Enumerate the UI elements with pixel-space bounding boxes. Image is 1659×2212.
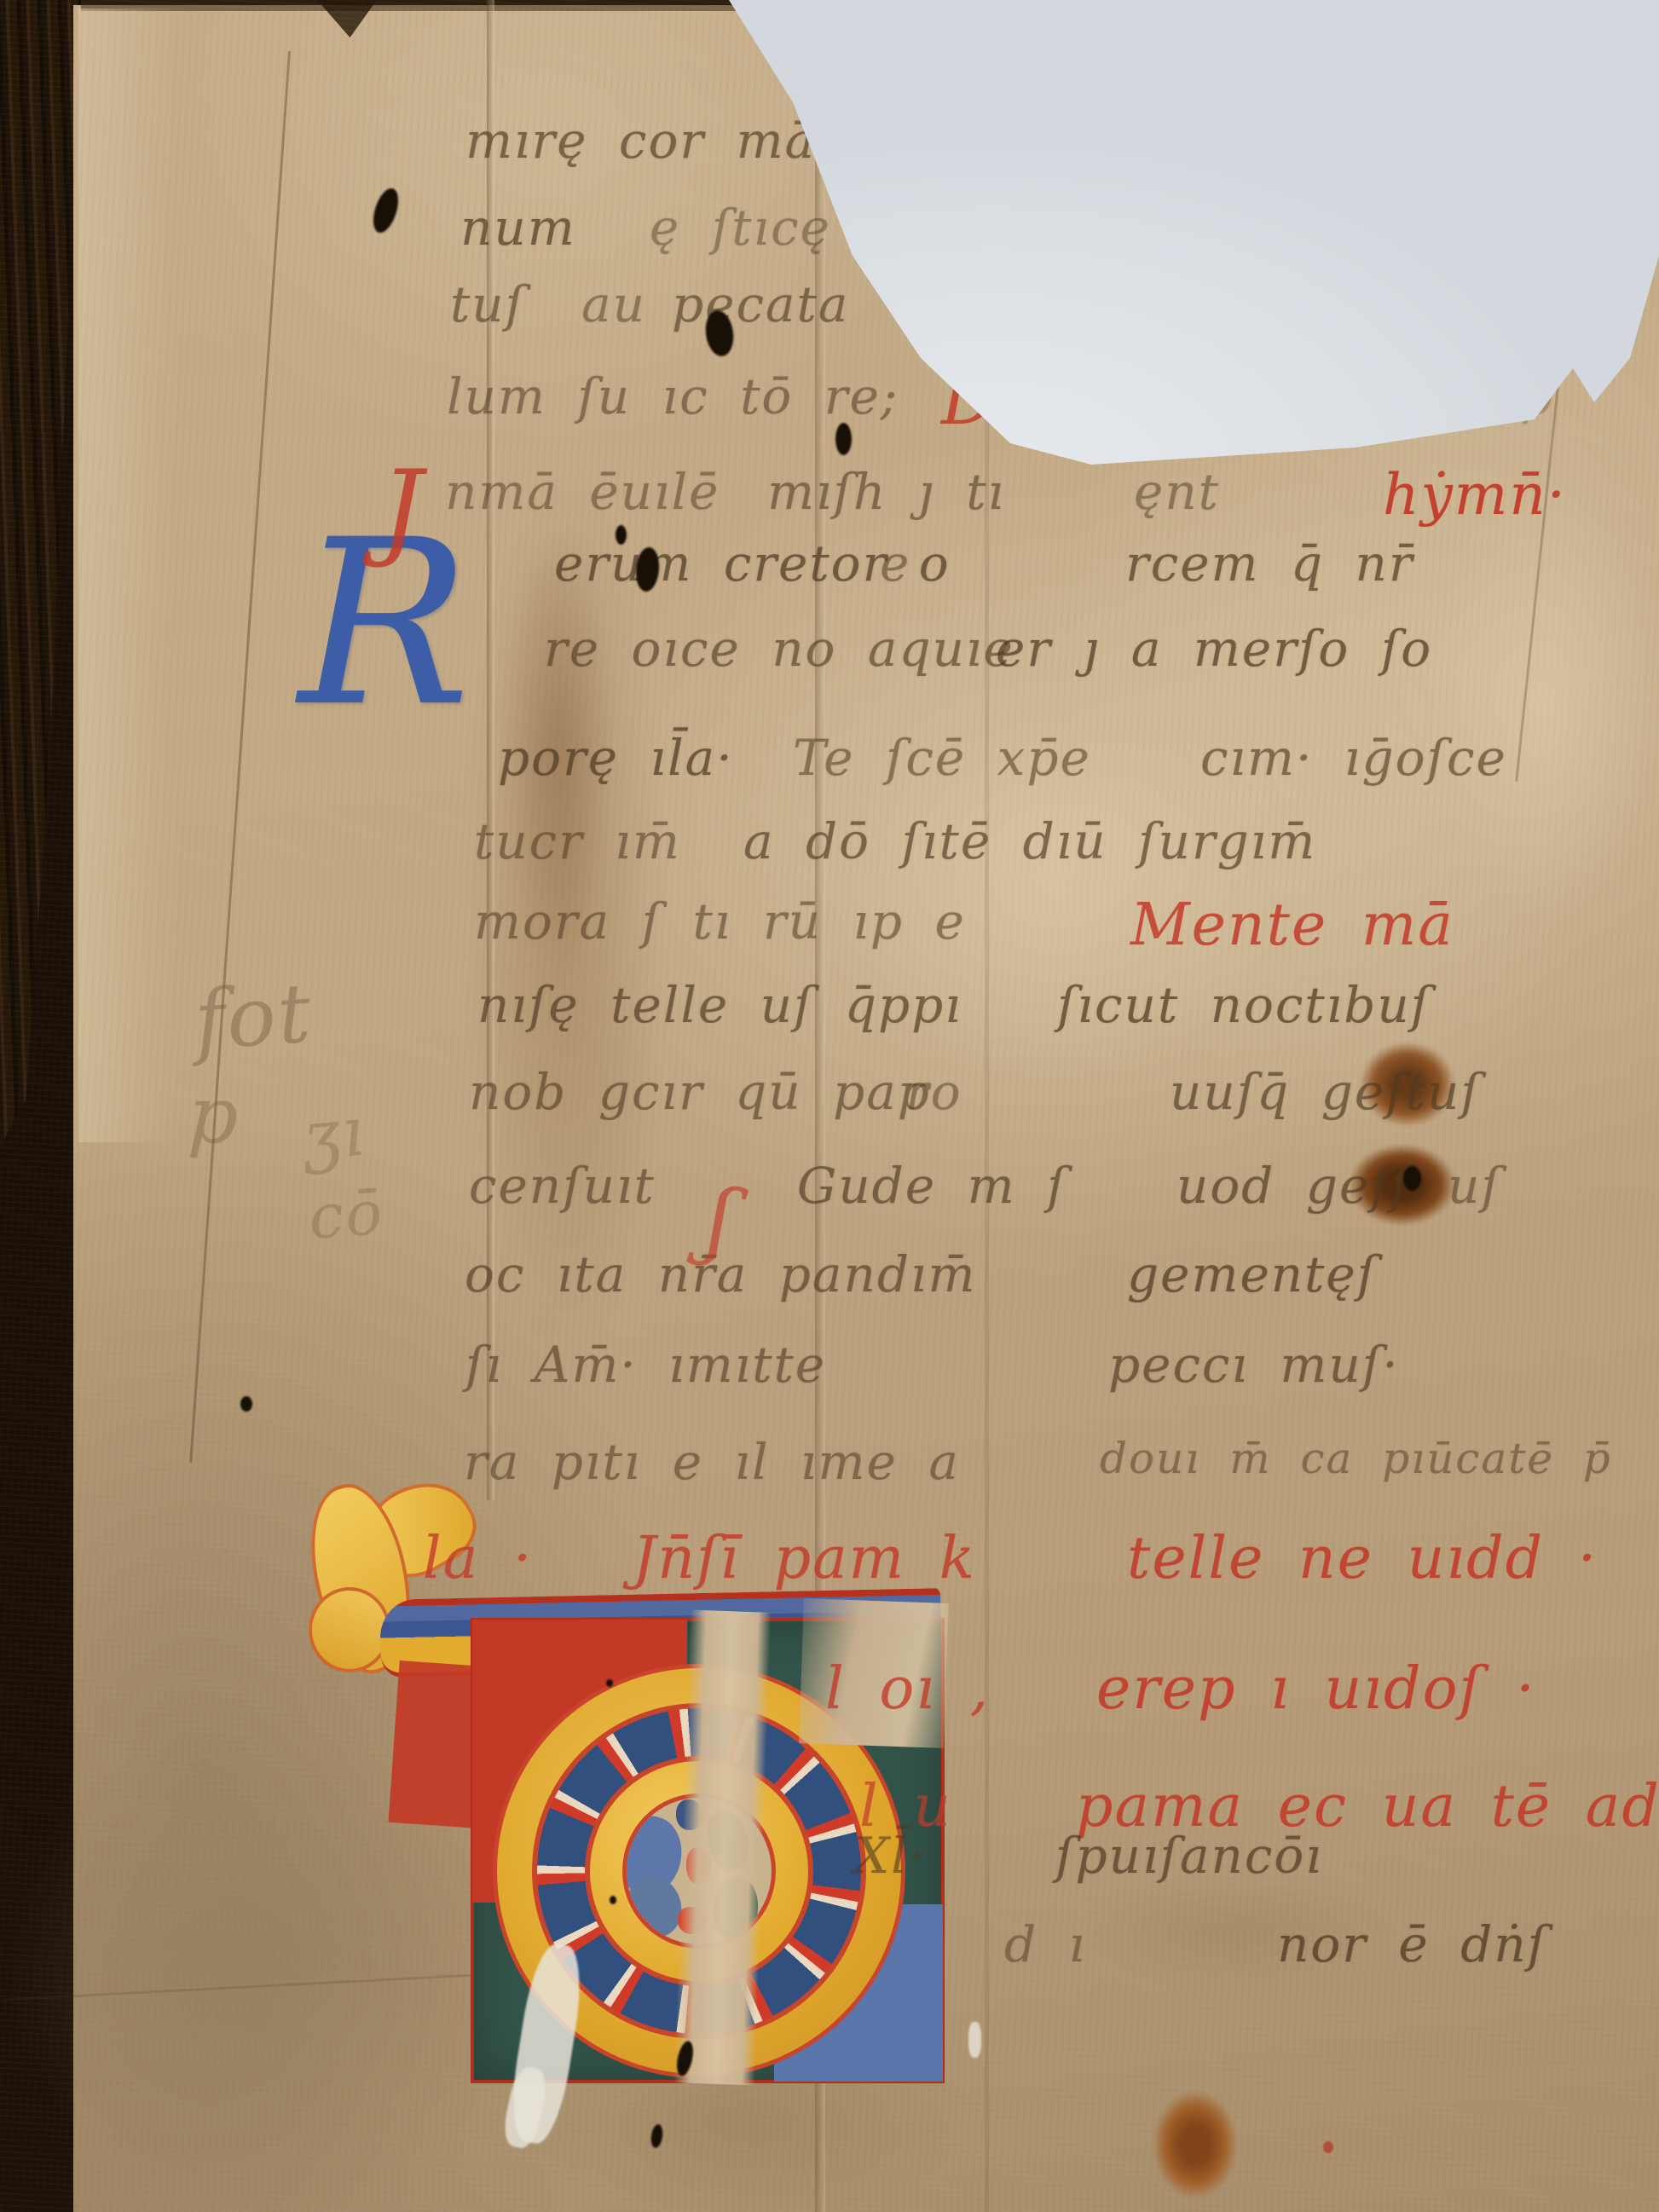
text-line-segment: re oıce no aquıe — [544, 624, 1014, 673]
text-line-segment: cenſuıt — [469, 1161, 656, 1210]
pin-hole — [610, 1896, 616, 1904]
red-speck — [1323, 2141, 1333, 2153]
text-line-segment: uſ — [1448, 1161, 1501, 1210]
text-line-segment: er ȷ a merſo ſo — [996, 624, 1432, 673]
bottom-stain-blob — [1153, 2090, 1238, 2199]
worm-hole — [835, 423, 852, 455]
text-line-segment: Jn̄ſı̄ pam k — [633, 1530, 976, 1588]
text-line-segment: mıſh ȷ tı — [767, 467, 1005, 517]
text-line-segment: cım· ıḡoſce — [1200, 733, 1507, 783]
worm-hole — [240, 1396, 252, 1412]
text-line-segment: douı m̄ ca pıūcatē p̄ — [1100, 1437, 1612, 1480]
text-line-segment: erep ı uıdoſ · — [1096, 1660, 1536, 1718]
text-line-segment: ra pıtı e ıl ıme a — [464, 1437, 960, 1487]
text-line-segment: mora ſ tı rū ıp e — [474, 897, 966, 946]
text-line-segment: Xl̄· — [854, 1831, 926, 1880]
text-line-segment: rcem q̄ nr̄ — [1125, 539, 1414, 588]
text-line-segment: ro — [905, 1067, 962, 1117]
pin-hole — [606, 1679, 613, 1687]
parchment-left-turnin — [78, 9, 176, 1142]
text-line-segment: pecata — [672, 280, 849, 329]
text-line-segment: telle ne uıdd · — [1127, 1530, 1598, 1588]
text-line-segment: uod geſſ — [1176, 1161, 1410, 1210]
text-line-segment: Te ſcē xp̄e — [793, 733, 1091, 783]
right-pale-patch — [1432, 477, 1659, 921]
text-line-segment: mırę cor mā — [465, 116, 816, 165]
text-line-segment: gementęſ — [1127, 1250, 1377, 1299]
stain-hole — [1403, 1166, 1421, 1191]
text-line-segment: p — [187, 1076, 241, 1156]
text-line-segment: porę ıl̄a· — [498, 733, 734, 783]
text-line-segment: nıſę telle uſ q̄ppı — [477, 980, 962, 1030]
text-line-segment: ʒı — [298, 1097, 369, 1171]
text-line-segment: cō — [307, 1181, 385, 1248]
top-edge-shadow — [81, 0, 746, 11]
text-line-segment: au — [581, 280, 646, 329]
text-line-segment: Mente mā — [1130, 897, 1454, 955]
text-line-segment: d ı — [1004, 1920, 1086, 1969]
text-line-segment: hẏmn̄· — [1383, 467, 1567, 523]
text-line-segment: peccı muſ· — [1108, 1340, 1400, 1389]
text-line-segment: tucr ım̄ — [474, 817, 681, 866]
text-line-segment: ę ſtıcę — [650, 203, 831, 252]
paint-loss-strip — [673, 1610, 771, 2086]
text-line-segment: la · — [423, 1530, 534, 1588]
text-line-segment: nob gcır qū pap — [469, 1067, 931, 1117]
flourish-knob — [309, 1587, 390, 1672]
worm-hole — [616, 525, 627, 545]
text-line-segment: nor ē dṅſ — [1277, 1920, 1547, 1969]
text-line-segment: a dō ſıtē dıū ſurgım̄ — [743, 817, 1316, 866]
text-line-segment: lum ſu ıc tō re; — [447, 372, 899, 421]
text-line-segment: num — [460, 203, 576, 252]
text-line-segment: e — [880, 539, 910, 588]
text-line-segment: l oı , — [825, 1660, 990, 1718]
text-line-segment: ſıcut noctıbuſ — [1057, 980, 1431, 1030]
manuscript-page: R — [0, 0, 1659, 2212]
text-line-segment: fot — [192, 972, 315, 1061]
text-line-segment: ſı Am̄· ımıtte — [465, 1340, 826, 1389]
white-fleck — [968, 2022, 981, 2058]
text-line-segment: ęnt — [1134, 467, 1220, 517]
text-line-segment: ſpuıſancōı — [1055, 1831, 1323, 1880]
text-line-segment: J — [380, 457, 425, 563]
text-line-segment: nmā ēuılē — [445, 467, 720, 517]
text-line-segment: tuſ — [450, 280, 525, 329]
text-line-segment: Gude m ſ — [797, 1161, 1066, 1210]
text-line-segment: uuſq̄ geſtuſ — [1170, 1067, 1481, 1117]
